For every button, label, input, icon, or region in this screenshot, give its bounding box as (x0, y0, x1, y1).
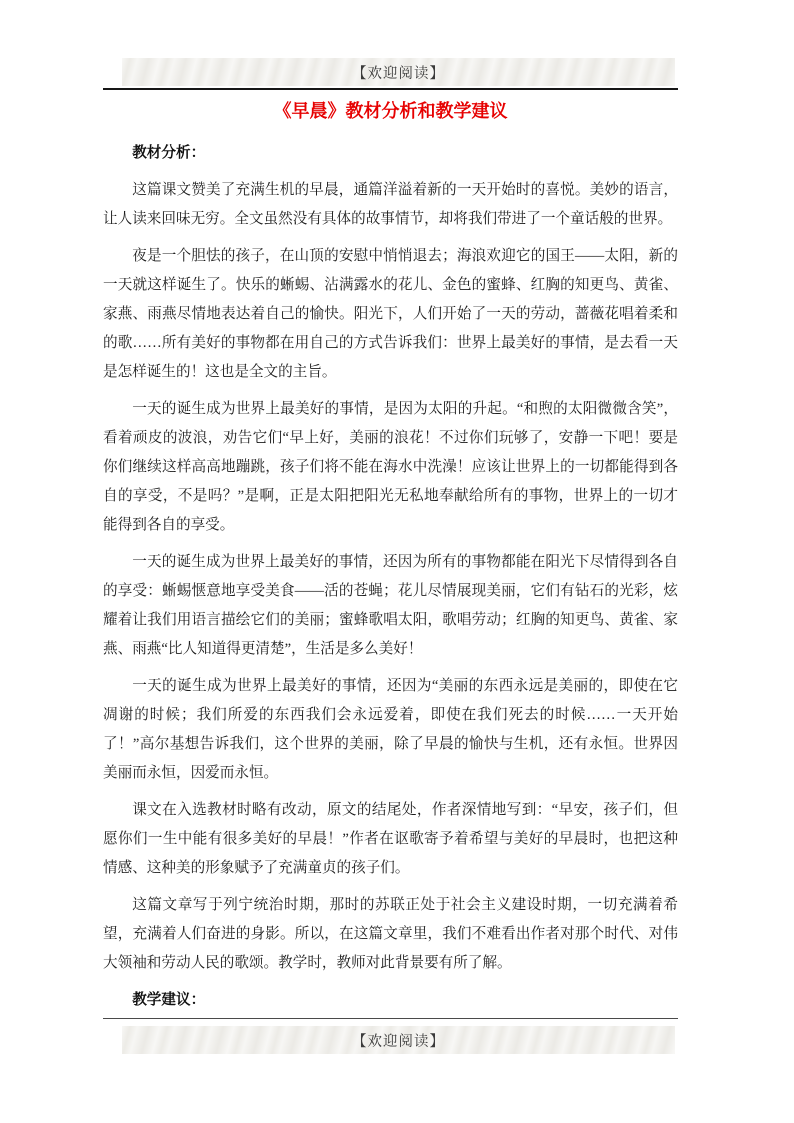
paragraph: 这篇课文赞美了充满生机的早晨，通篇洋溢着新的一天开始时的喜悦。美妙的语言，让人读… (103, 176, 678, 234)
footer-banner-text: 【欢迎阅读】 (352, 1030, 445, 1051)
paragraph: 课文在入选教材时略有改动，原文的结尾处，作者深情地写到：“早安，孩子们，但愿你们… (103, 796, 678, 883)
paragraph: 一天的诞生成为世界上最美好的事情，是因为太阳的升起。“和煦的太阳微微含笑”，看着… (103, 395, 678, 540)
page-header: 【欢迎阅读】 (103, 58, 678, 90)
page-footer: 【欢迎阅读】 (103, 1018, 678, 1054)
header-banner-text: 【欢迎阅读】 (352, 62, 445, 83)
header-rule (103, 88, 678, 90)
document-page: 【欢迎阅读】 《早晨》教材分析和教学建议 教材分析： 这篇课文赞美了充满生机的早… (0, 0, 794, 1123)
paragraph: 一天的诞生成为世界上最美好的事情，还因为所有的事物都能在阳光下尽情得到各自的享受… (103, 548, 678, 664)
document-body: 教材分析： 这篇课文赞美了充满生机的早晨，通篇洋溢着新的一天开始时的喜悦。美妙的… (103, 139, 678, 1023)
footer-banner: 【欢迎阅读】 (122, 1026, 675, 1054)
document-title: 《早晨》教材分析和教学建议 (103, 97, 678, 123)
paragraph: 夜是一个胆怯的孩子，在山顶的安慰中悄悄退去；海浪欢迎它的国王——太阳，新的一天就… (103, 242, 678, 387)
footer-rule (103, 1018, 678, 1019)
paragraph: 一天的诞生成为世界上最美好的事情，还因为“美丽的东西永远是美丽的，即使在它凋谢的… (103, 672, 678, 788)
header-banner: 【欢迎阅读】 (122, 58, 675, 86)
section-heading-analysis: 教材分析： (103, 139, 678, 168)
section-heading-suggestions: 教学建议： (103, 986, 678, 1015)
paragraph: 这篇文章写于列宁统治时期，那时的苏联正处于社会主义建设时期，一切充满着希望，充满… (103, 891, 678, 978)
